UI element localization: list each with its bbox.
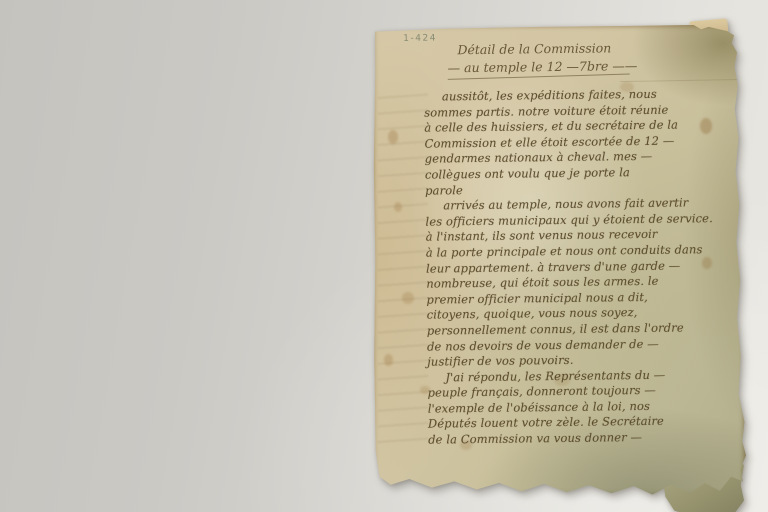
handwriting-layer: 1-424 Détail de la Commission — au templ… bbox=[369, 22, 749, 501]
manuscript-page: 1-424 Détail de la Commission — au templ… bbox=[372, 24, 746, 498]
manuscript-page-wrap: 1-424 Détail de la Commission — au templ… bbox=[372, 24, 746, 498]
archival-number: 1-424 bbox=[403, 33, 437, 43]
manuscript-line: de la Commission va vous donner — bbox=[428, 429, 728, 448]
photo-canvas: 1-424 Détail de la Commission — au templ… bbox=[0, 0, 768, 512]
manuscript-body: aussitôt, les expéditions faites, nousso… bbox=[424, 86, 728, 448]
document-title: Détail de la Commission — au temple le 1… bbox=[457, 38, 707, 77]
title-line-1: Détail de la Commission bbox=[457, 40, 611, 57]
